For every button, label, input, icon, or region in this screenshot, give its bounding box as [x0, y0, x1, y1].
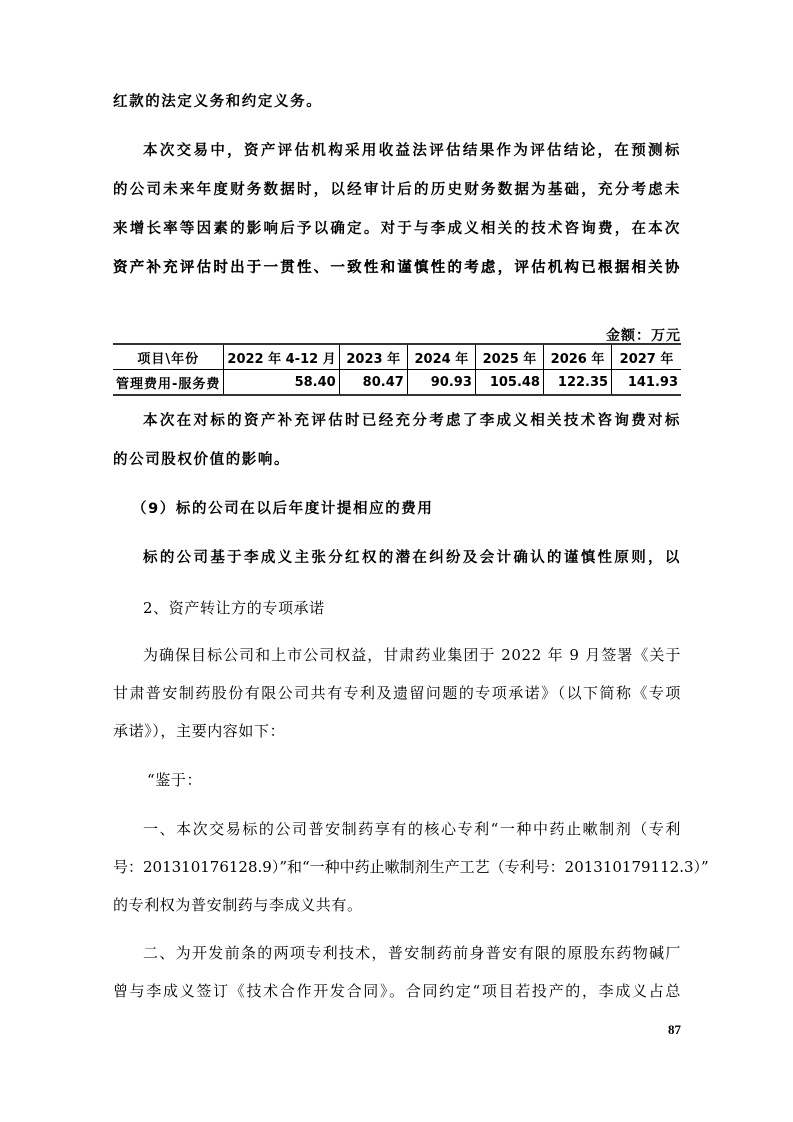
table-header-cell: 项目\年份 [113, 344, 224, 370]
paragraph-line: 标的公司基于李成义主张分红权的潜在纠纷及会计确认的谨慎性原则，以 [143, 548, 681, 568]
paragraph-line: 红款的法定义务和约定义务。 [113, 92, 322, 112]
table-cell: 141.93 [612, 370, 681, 396]
document-page: 红款的法定义务和约定义务。 本次交易中，资产评估机构采用收益法评估结果作为评估结… [0, 0, 793, 1122]
paragraph-line: 曾与李成义签订《技术合作开发合同》。合同约定“项目若投产的，李成义占总 [113, 981, 681, 1001]
page-number: 87 [668, 1022, 681, 1038]
paragraph-line: 的公司股权价值的影响。 [113, 450, 290, 470]
paragraph-line: 甘肃普安制药股份有限公司共有专利及遗留问题的专项承诺》（以下简称《专项 [113, 683, 681, 703]
table-unit-label: 金额：万元 [606, 325, 681, 345]
paragraph-line: 资产补充评估时出于一贯性、一致性和谨慎性的考虑，评估机构已根据相关协 [113, 258, 681, 278]
table-header-row: 项目\年份 2022 年 4-12 月 2023 年 2024 年 2025 年… [113, 344, 681, 370]
table-header-cell: 2026 年 [543, 344, 611, 370]
table-row: 管理费用-服务费 58.40 80.47 90.93 105.48 122.35… [113, 370, 681, 396]
table-cell: 管理费用-服务费 [113, 370, 224, 396]
paragraph-line: 本次交易中，资产评估机构采用收益法评估结果作为评估结论，在预测标 [143, 141, 681, 161]
paragraph-line: “鉴于： [147, 770, 202, 790]
table-cell: 80.47 [339, 370, 407, 396]
section-heading: 2、资产转让方的专项承诺 [143, 598, 325, 618]
table-cell: 105.48 [475, 370, 543, 396]
table-header-cell: 2023 年 [339, 344, 407, 370]
paragraph-line: 来增长率等因素的影响后予以确定。对于与李成义相关的技术咨询费，在本次 [113, 219, 681, 239]
table-cell: 90.93 [407, 370, 475, 396]
paragraph-line: 本次在对标的资产补充评估时已经充分考虑了李成义相关技术咨询费对标 [143, 411, 681, 431]
paragraph-line: 为确保目标公司和上市公司权益，甘肃药业集团于 2022 年 9 月签署《关于 [143, 645, 681, 665]
table-cell: 58.40 [224, 370, 339, 396]
table-header-cell: 2024 年 [407, 344, 475, 370]
paragraph-line: 的专利权为普安制药与李成义共有。 [113, 895, 363, 915]
section-heading: （9）标的公司在以后年度计提相应的费用 [132, 499, 434, 519]
table-cell: 122.35 [543, 370, 611, 396]
table-header-cell: 2025 年 [475, 344, 543, 370]
paragraph-line: 的公司未来年度财务数据时，以经审计后的历史财务数据为基础，充分考虑未 [113, 180, 681, 200]
paragraph-line: 号：201310176128.9）”和“一种中药止嗽制剂生产工艺（专利号：201… [113, 857, 681, 877]
table-header-cell: 2022 年 4-12 月 [224, 344, 339, 370]
service-fee-forecast-table: 项目\年份 2022 年 4-12 月 2023 年 2024 年 2025 年… [113, 343, 681, 396]
table-header-cell: 2027 年 [612, 344, 681, 370]
paragraph-line: 一、本次交易标的公司普安制药享有的核心专利“一种中药止嗽制剂（专利 [143, 819, 681, 839]
paragraph-line: 二、为开发前条的两项专利技术，普安制药前身普安有限的原股东药物碱厂 [143, 943, 681, 963]
paragraph-line: 承诺》），主要内容如下： [113, 721, 285, 741]
